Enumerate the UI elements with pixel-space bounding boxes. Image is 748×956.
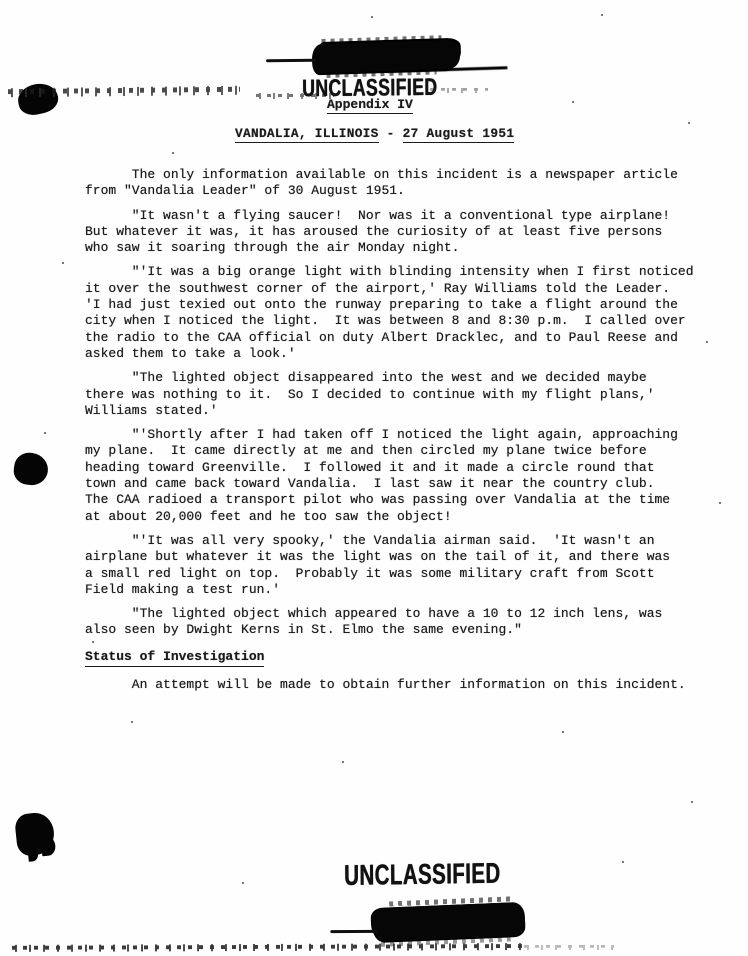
scan-speck [601,14,603,16]
redaction-mark-bottom [371,902,525,942]
scan-speck [92,641,94,643]
body-paragraph: "The lighted object disappeared into the… [85,370,735,419]
body-paragraph: "The lighted object which appeared to ha… [85,606,735,639]
scan-speck [342,761,344,763]
body-paragraph: "It wasn't a flying saucer! Nor was it a… [85,208,735,257]
scan-speck [622,861,624,863]
ink-blot-middle-left [12,451,50,487]
redaction-fringe [321,35,441,44]
unclassified-stamp-bottom: UNCLASSIFIED [344,860,501,891]
scan-speck [242,882,244,884]
ink-blot-top-left [15,80,60,118]
status-paragraph: An attempt will be made to obtain furthe… [85,677,735,693]
appendix-text: Appendix IV [327,97,413,114]
scan-speck [572,101,574,103]
scan-speck [371,16,373,18]
scan-speck [706,341,708,343]
scan-speck [44,432,46,434]
document-title: VANDALIA, ILLINOIS - 27 August 1951 [235,126,514,142]
document-body: The only information available on this i… [85,167,735,701]
body-paragraph: "'It was a big orange light with blindin… [85,264,735,362]
title-location: VANDALIA, ILLINOIS [235,126,379,143]
scan-noise-band [12,943,524,952]
scan-speck [172,152,174,154]
redaction-mark-top [312,40,461,74]
scan-speck [562,731,564,733]
title-date: 27 August 1951 [403,126,515,143]
scan-speck [719,502,721,504]
scan-noise-band [8,86,240,97]
scan-speck [691,801,693,803]
scan-speck [688,122,690,124]
scan-speck [62,262,64,264]
body-paragraph: "'Shortly after I had taken off I notice… [85,427,735,525]
body-paragraph: The only information available on this i… [85,167,735,200]
scan-speck [131,721,133,723]
appendix-label: Appendix IV [327,97,413,113]
scan-noise-band [430,88,488,93]
redaction-fringe [389,896,514,906]
status-heading: Status of Investigation [85,649,264,667]
scan-noise-band [524,945,614,950]
scan-noise-band [256,93,334,99]
ink-blot-bottom-left [14,811,56,857]
document-page: UNCLASSIFIED Appendix IV VANDALIA, ILLIN… [0,0,748,956]
title-separator: - [379,126,403,141]
body-paragraph: "'It was all very spooky,' the Vandalia … [85,533,735,598]
